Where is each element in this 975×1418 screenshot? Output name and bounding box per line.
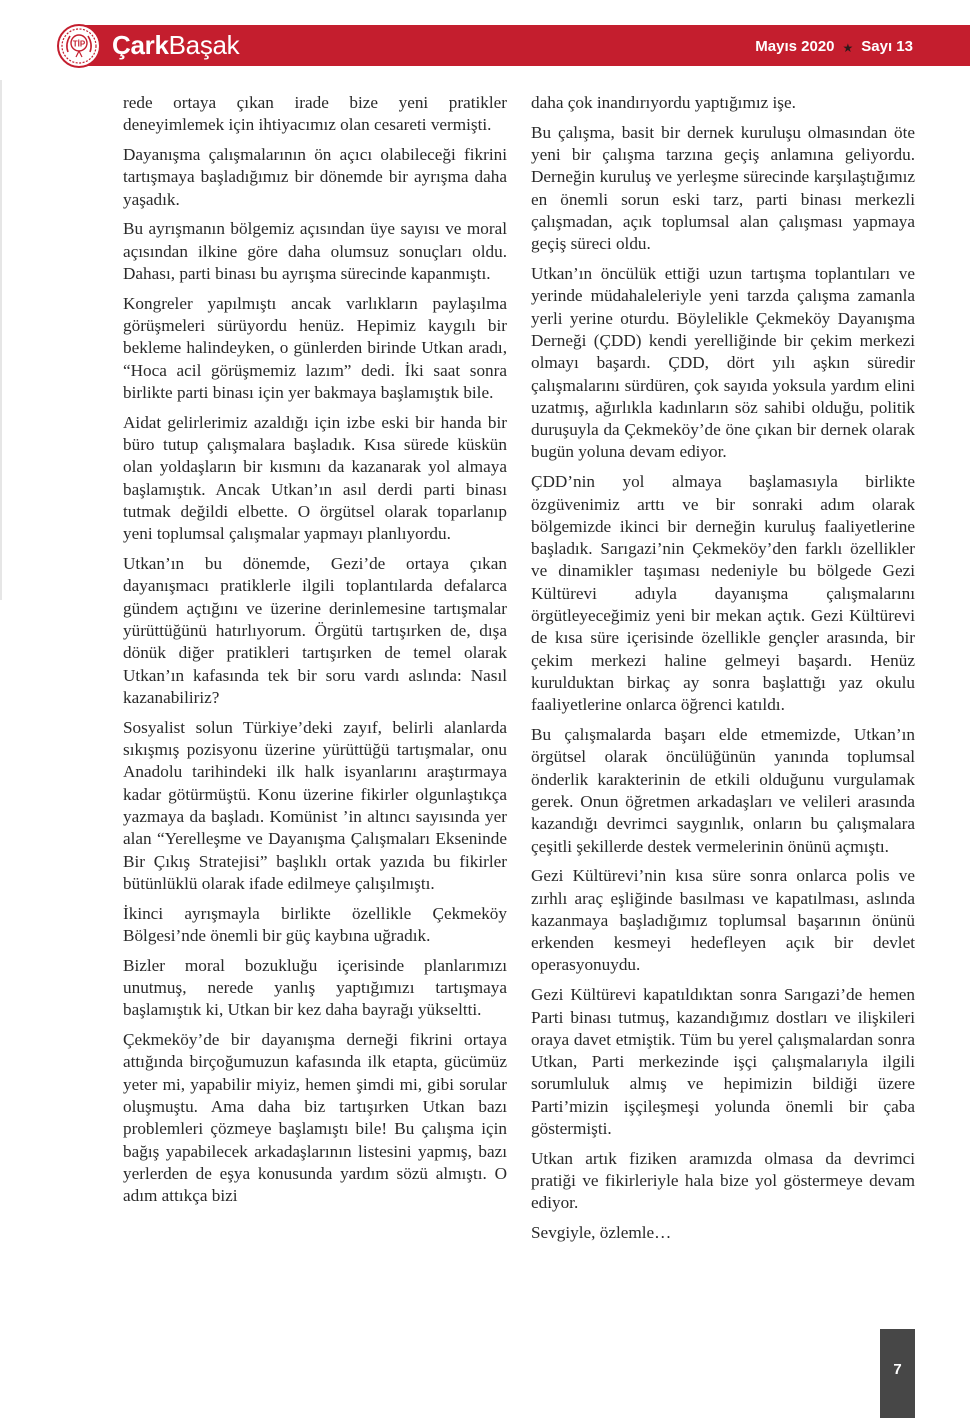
paragraph: Gezi Kültürevi’nin kısa süre sonra onlar… [531,865,915,976]
magazine-title-light: Başak [169,30,240,60]
paragraph: Bu çalışmalarda başarı elde etmemizde, U… [531,724,915,858]
paragraph: Aidat gelirlerimiz azaldığı için izbe es… [123,412,507,546]
wreath-emblem-icon: TİP [59,26,99,66]
paragraph: Sosyalist solun Türkiye’deki zayıf, beli… [123,717,507,895]
paragraph: Çekmeköy’de bir dayanışma derneği fikrin… [123,1029,507,1207]
tip-logo-icon: TİP [57,24,101,68]
magazine-title: ÇarkBaşak [112,28,239,62]
paragraph: Utkan’ın öncülük ettiği uzun tartışma to… [531,263,915,464]
paragraph: Kongreler yapılmıştı ancak varlıkların p… [123,293,507,404]
right-column: daha çok inandırıyordu yaptığımız işe. B… [531,92,915,1252]
paragraph: Dayanışma çalışmalarının ön açıcı olabil… [123,144,507,211]
paragraph: İkinci ayrışmayla birlikte özellikle Çek… [123,903,507,948]
paragraph: Bizler moral bozukluğu içerisinde planla… [123,955,507,1022]
magazine-title-bold: Çark [112,30,169,60]
paragraph: Bu çalışma, basit bir dernek kuruluşu ol… [531,122,915,256]
paragraph: ÇDD’nin yol almaya başlamasıyla birlikte… [531,471,915,716]
issue-number: Sayı 13 [861,35,913,59]
page-edge-divider [0,80,2,600]
paragraph: Gezi Kültürevi kapatıldıktan sonra Sarıg… [531,984,915,1140]
left-column: rede ortaya çıkan irade bize yeni pratik… [123,92,507,1215]
issue-month: Mayıs 2020 [755,35,834,59]
issue-info: Mayıs 2020 ★ Sayı 13 [755,33,913,60]
closing-line: Sevgiyle, özlemle… [531,1222,915,1244]
paragraph: Bu ayrışmanın bölgemiz açısından üye say… [123,218,507,285]
paragraph: Utkan’ın bu dönemde, Gezi’de ortaya çıka… [123,553,507,709]
star-icon: ★ [843,36,854,60]
paragraph: daha çok inandırıyordu yaptığımız işe. [531,92,915,114]
paragraph: Utkan artık fiziken aramızda olmasa da d… [531,1148,915,1215]
page-number: 7 [893,1361,901,1378]
paragraph: rede ortaya çıkan irade bize yeni pratik… [123,92,507,137]
svg-text:TİP: TİP [73,40,86,49]
page-number-tab: 7 [880,1329,915,1418]
